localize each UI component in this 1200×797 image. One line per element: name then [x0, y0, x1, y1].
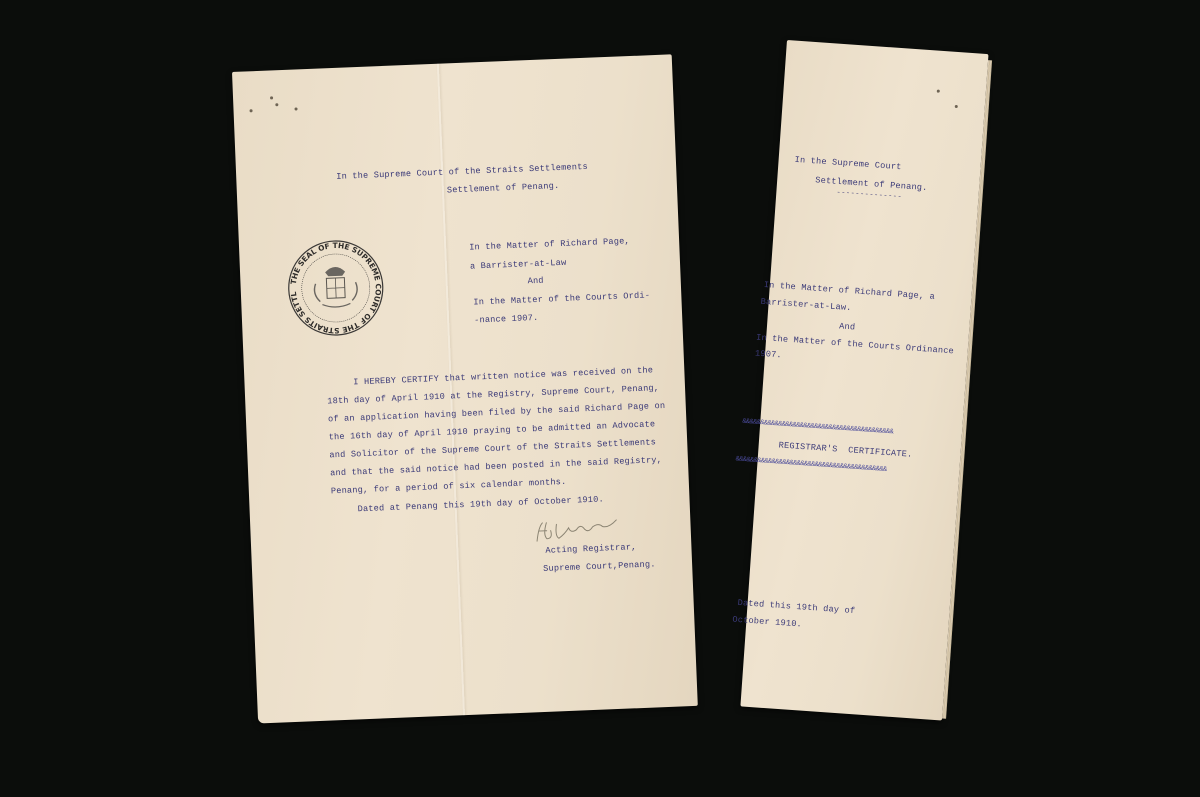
matter-line-3: In the Matter of the Courts Ordinance: [756, 333, 954, 357]
matter-line-2: a Barrister-at-Law: [470, 258, 567, 272]
dated-line-2: October 1910.: [732, 615, 802, 630]
dated-line: Dated at Penang this 19th day of October…: [357, 494, 604, 514]
certificate-document: In the Supreme Court of the Straits Sett…: [232, 54, 698, 723]
matter-line-4: -nance 1907.: [474, 313, 539, 326]
paper-fold: [437, 64, 465, 716]
decorative-border-bottom: &&&&&&&&&&&&&&&&&&&&&&&&&&&&&&&&&&&&&&&&…: [735, 455, 886, 474]
matter-conjunction: And: [527, 276, 543, 287]
settlement-line: Settlement of Penang.: [447, 181, 560, 196]
certificate-title: REGISTRAR'S CERTIFICATE.: [778, 440, 912, 459]
court-heading: In the Supreme Court: [794, 155, 902, 172]
pin-hole: [937, 90, 940, 93]
decorative-border-top: &&&&&&&&&&&&&&&&&&&&&&&&&&&&&&&&&&&&&&&&…: [742, 418, 893, 437]
matter-line-1: In the Matter of Richard Page,: [469, 236, 630, 252]
signatory-office: Supreme Court,Penang.: [543, 559, 656, 574]
pin-hole: [294, 107, 297, 110]
pin-hole: [250, 109, 253, 112]
pin-hole: [275, 103, 278, 106]
dated-line-1: Dated this 19th day of: [737, 598, 855, 616]
signature-image: [532, 512, 628, 546]
matter-line-2: Barrister-at-Law.: [760, 297, 852, 313]
stacked-page-edges: [942, 60, 992, 719]
body-line: and that the said notice had been posted…: [330, 455, 662, 478]
court-seal-icon: THE SEAL OF THE SUPREME COURT OF THE STR…: [284, 236, 388, 340]
pin-hole: [955, 105, 958, 108]
registrar-certificate-cover: In the Supreme Court Settlement of Penan…: [740, 40, 988, 720]
pin-hole: [270, 96, 273, 99]
body-line: Penang, for a period of six calendar mon…: [331, 477, 567, 496]
matter-conjunction: And: [839, 321, 856, 332]
matter-line-4: 1907.: [755, 349, 782, 361]
matter-line-3: In the Matter of the Courts Ordi-: [473, 290, 650, 307]
court-heading: In the Supreme Court of the Straits Sett…: [336, 162, 588, 182]
